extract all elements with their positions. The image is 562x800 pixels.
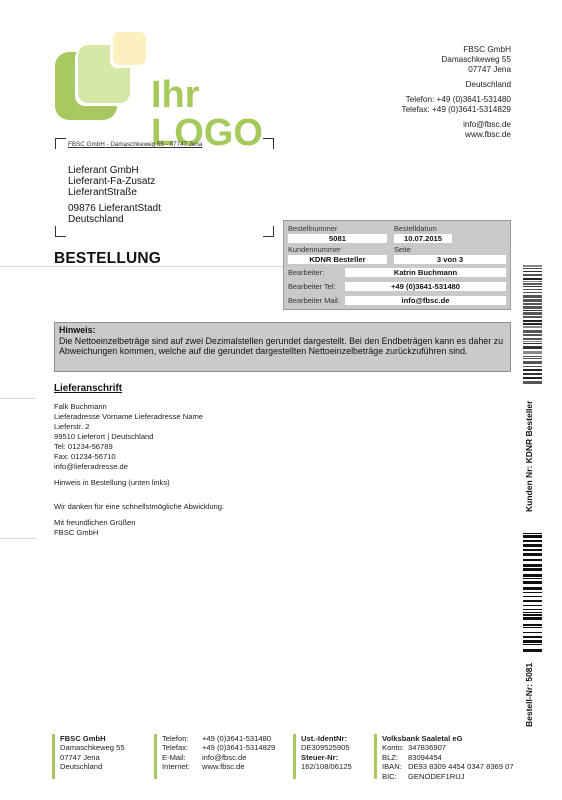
- customer-barcode: [523, 265, 542, 385]
- clerk-phone-label: Bearbeiter Tel:: [288, 282, 336, 291]
- footer-company-name: FBSC GmbH: [60, 734, 150, 743]
- sender-fax: Telefax: +49 (0)3641-5314829: [402, 105, 511, 115]
- greeting: Mit freundlichen Grüßen: [54, 518, 135, 528]
- footer-company-country: Deutschland: [60, 762, 150, 771]
- clerk-mail-value[interactable]: info@fbsc.de: [345, 296, 506, 305]
- company-logo: Ihr LOGO: [52, 30, 312, 130]
- notice-heading: Hinweis:: [59, 325, 506, 336]
- footer-bank-value: DE93 8309 4454 0347 8369 07: [408, 762, 514, 771]
- sender-email: info@fbsc.de: [402, 120, 511, 130]
- order-info-box: Bestellnummer 5081 Bestelldatum 10.07.20…: [283, 220, 511, 310]
- footer-bank-value: 347836907: [408, 743, 446, 752]
- footer-web-link[interactable]: www.fbsc.de: [202, 762, 245, 771]
- footer-bank-name: Volksbank Saaletal eG: [382, 734, 524, 743]
- title-divider: [0, 266, 283, 267]
- customer-number-label: Kundennummer: [288, 245, 341, 254]
- recipient-name: Lieferant GmbH: [68, 165, 161, 176]
- sender-block: FBSC GmbH Damaschkeweg 55 07747 Jena Deu…: [402, 45, 511, 140]
- delivery-address: Falk Buchmann Lieferadresse Vorname Lief…: [54, 402, 203, 472]
- footer-contact: Telefon:+49 (0)3641-531480 Telefax:+49 (…: [154, 734, 294, 779]
- thanks-text: Wir danken für eine schnellstmögliche Ab…: [54, 502, 224, 512]
- clerk-value: Katrin Buchmann: [345, 268, 506, 277]
- delivery-line: info@lieferadresse.de: [54, 462, 203, 472]
- footer-contact-key: Telefax:: [162, 743, 202, 752]
- order-barcode: [523, 533, 542, 656]
- window-corner-bottom-left: [55, 226, 66, 237]
- delivery-line: Lieferadresse Vorname Lieferadresse Name: [54, 412, 203, 422]
- sender-phone: Telefon: +49 (0)3641-531480: [402, 95, 511, 105]
- footer-bank-key: BLZ:: [382, 753, 408, 762]
- order-date-label: Bestelldatum: [394, 224, 437, 233]
- footer-bank-key: BIC:: [382, 772, 408, 781]
- footer-tax-value: 162/108/06125: [301, 762, 373, 771]
- sender-street: Damaschkeweg 55: [402, 55, 511, 65]
- page-label: Seite: [394, 245, 411, 254]
- order-number-label: Bestellnummer: [288, 224, 337, 233]
- footer-contact-value: +49 (0)3641-531480: [202, 734, 271, 743]
- clerk-label: Bearbeiter:: [288, 268, 324, 277]
- footer-contact-key: Telefon:: [162, 734, 202, 743]
- delivery-line: 99510 Lieferort | Deutschland: [54, 432, 203, 442]
- footer-company-street: Damaschkeweg 55: [60, 743, 150, 752]
- clerk-phone-value: +49 (0)3641-531480: [345, 282, 506, 291]
- customer-barcode-label: Kunden Nr: KDNR Besteller: [524, 401, 534, 512]
- order-date-value: 10.07.2015: [394, 234, 452, 243]
- order-hint: Hinweis in Bestellung (unten links): [54, 478, 170, 488]
- window-corner-top-left: [55, 138, 66, 149]
- footer-contact-key: Internet:: [162, 762, 202, 771]
- recipient-street: LieferantStraße: [68, 187, 161, 198]
- footer-company: FBSC GmbH Damaschkeweg 55 07747 Jena Deu…: [52, 734, 150, 779]
- signature: FBSC GmbH: [54, 528, 135, 538]
- clerk-mail-label: Bearbeiter Mail:: [288, 296, 340, 305]
- order-number-value: 5081: [288, 234, 387, 243]
- footer-bank-key: IBAN:: [382, 762, 408, 771]
- footer-contact-key: E-Mail:: [162, 753, 202, 762]
- sender-company: FBSC GmbH: [402, 45, 511, 55]
- footer-bank: Volksbank Saaletal eG Konto:347836907 BL…: [374, 734, 524, 779]
- page-value: 3 von 3: [394, 255, 506, 264]
- footer-contact-value: +49 (0)3641-5314829: [202, 743, 275, 752]
- footer-tax: Ust.-IdentNr: DE309525905 Steuer-Nr: 162…: [293, 734, 373, 779]
- delivery-line: Lieferstr. 2: [54, 422, 203, 432]
- footer-email-link[interactable]: info@fbsc.de: [202, 753, 246, 762]
- footer-tax-label: Steuer-Nr:: [301, 753, 373, 762]
- footer-bank-key: Konto:: [382, 743, 408, 752]
- delivery-line: Tel: 01234-56789: [54, 442, 203, 452]
- delivery-line: Fax: 01234-56710: [54, 452, 203, 462]
- window-corner-bottom-right: [263, 226, 274, 237]
- window-corner-top-right: [263, 138, 274, 149]
- fold-mark-bottom: [0, 538, 36, 539]
- return-address-line: FBSC GmbH - Damaschkeweg 55 - 07747 Jena: [68, 141, 202, 148]
- customer-number-value: KDNR Besteller: [288, 255, 387, 264]
- footer-vat-value: DE309525905: [301, 743, 373, 752]
- recipient-address: Lieferant GmbH Lieferant-Fa-Zusatz Liefe…: [68, 165, 161, 225]
- footer-company-city: 07747 Jena: [60, 753, 150, 762]
- delivery-heading: Lieferanschrift: [54, 383, 122, 394]
- sender-web: www.fbsc.de: [402, 130, 511, 140]
- recipient-country: Deutschland: [68, 214, 161, 225]
- sender-country: Deutschland: [402, 80, 511, 90]
- sender-city: 07747 Jena: [402, 65, 511, 75]
- notice-text: Die Nettoeinzelbeträge sind auf zwei Dez…: [59, 336, 506, 357]
- logo-shape-small: [113, 32, 146, 65]
- order-barcode-label: Bestell-Nr: 5081: [524, 663, 534, 727]
- delivery-line: Falk Buchmann: [54, 402, 203, 412]
- footer-bank-value: GENODEF1RUJ: [408, 772, 465, 781]
- fold-mark-top: [0, 398, 36, 399]
- footer-vat-label: Ust.-IdentNr:: [301, 734, 373, 743]
- notice-box: Hinweis: Die Nettoeinzelbeträge sind auf…: [54, 322, 511, 372]
- closing: Mit freundlichen Grüßen FBSC GmbH: [54, 518, 135, 538]
- footer-bank-value: 83094454: [408, 753, 442, 762]
- recipient-city: 09876 LieferantStadt: [68, 203, 161, 214]
- recipient-addition: Lieferant-Fa-Zusatz: [68, 176, 161, 187]
